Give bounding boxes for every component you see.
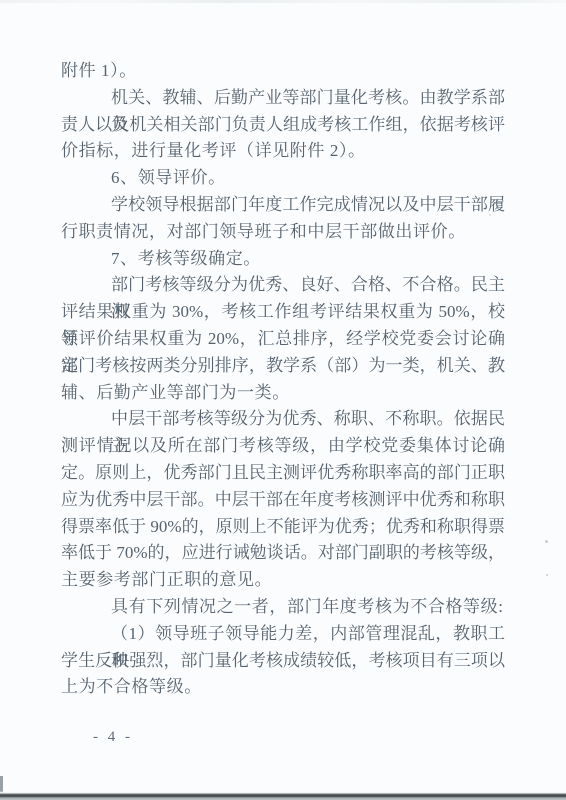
text-line: 6、领导评价。 bbox=[61, 165, 505, 192]
text-line: 定。原则上，优秀部门且民主测评优秀称职率高的部门正职 bbox=[61, 460, 505, 487]
text-line: 率低于 70%的，应进行诫勉谈话。对部门副职的考核等级， bbox=[61, 540, 505, 567]
scanned-page: 附件 1）。机关、教辅、后勤产业等部门量化考核。由教学系部负责人以及机关相关部门… bbox=[0, 0, 566, 800]
text-line: （1）领导班子领导能力差，内部管理混乱，教职工和 bbox=[61, 621, 505, 648]
text-line: 价指标，进行量化考评（详见附件 2）。 bbox=[61, 138, 505, 165]
page-number: - 4 - bbox=[93, 729, 133, 746]
text-line: 评结果权重为 30%，考核工作组考评结果权重为 50%，校领 bbox=[61, 299, 505, 326]
text-line: 应为优秀中层干部。中层干部在年度考核测评中优秀和称职 bbox=[61, 487, 505, 514]
scan-speck bbox=[489, 214, 491, 216]
text-line: 行职责情况，对部门领导班子和中层干部做出评价。 bbox=[61, 219, 505, 246]
text-line: 辅、后勤产业等部门为一类。 bbox=[61, 380, 505, 407]
text-line: 责人以及机关相关部门负责人组成考核工作组，依据考核评 bbox=[61, 112, 505, 139]
text-line: 导评价结果权重为 20%，汇总排序，经学校党委会讨论确定。 bbox=[61, 326, 505, 353]
document-lines: 附件 1）。机关、教辅、后勤产业等部门量化考核。由教学系部负责人以及机关相关部门… bbox=[61, 58, 505, 701]
text-line: 部门考核等级分为优秀、良好、合格、不合格。民主测 bbox=[61, 272, 505, 299]
text-line: 具有下列情况之一者，部门年度考核为不合格等级: bbox=[61, 594, 505, 621]
text-line: 7、考核等级确定。 bbox=[61, 246, 505, 273]
text-line: 上为不合格等级。 bbox=[61, 674, 505, 701]
text-line: 得票率低于 90%的，原则上不能评为优秀；优秀和称职得票 bbox=[61, 514, 505, 541]
text-line: 部门考核按两类分别排序，教学系（部）为一类，机关、教 bbox=[61, 353, 505, 380]
text-line: 学生反映强烈，部门量化考核成绩较低，考核项目有三项以 bbox=[61, 648, 505, 675]
scan-edge-top bbox=[0, 0, 566, 3]
text-line: 学校领导根据部门年度工作完成情况以及中层干部履 bbox=[61, 192, 505, 219]
text-line: 附件 1）。 bbox=[61, 58, 505, 85]
text-line: 中层干部考核等级分为优秀、称职、不称职。依据民主 bbox=[61, 406, 505, 433]
text-line: 测评情况以及所在部门考核等级，由学校党委集体讨论确 bbox=[61, 433, 505, 460]
text-line: 机关、教辅、后勤产业等部门量化考核。由教学系部负 bbox=[61, 85, 505, 112]
scan-speck bbox=[546, 574, 548, 576]
scan-edge-bottom bbox=[0, 791, 566, 800]
scan-speck bbox=[545, 540, 548, 543]
text-line: 主要参考部门正职的意见。 bbox=[61, 567, 505, 594]
